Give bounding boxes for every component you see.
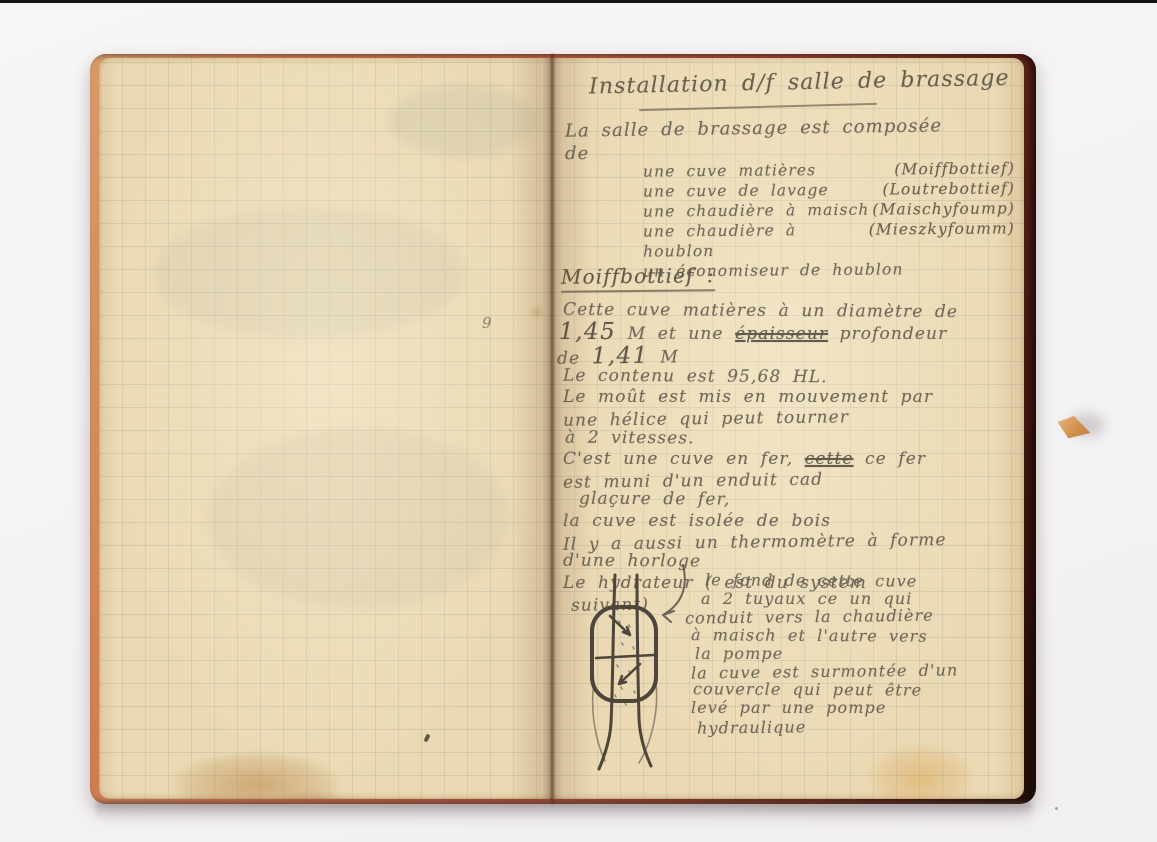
handwriting-line: Cette cuve matières à un diamètre de (563, 300, 1015, 323)
stain (851, 730, 991, 799)
equipment-list: une cuve matières(Moiffbottief)une cuve … (643, 160, 1015, 280)
page-title: Installation d/f salle de brassage (589, 66, 1019, 100)
equipment-item: une chaudière à houblon(Mieszkyfoumm) (643, 218, 1015, 261)
scanner-edge-strip (0, 0, 1157, 3)
stain (531, 304, 543, 320)
handwriting-line: Le contenu est 95,68 HL. (563, 365, 1015, 388)
title-underline (639, 103, 877, 111)
page-number: 9 (482, 314, 493, 332)
handwriting-line: à 2 vitesses. (565, 427, 1015, 450)
left-page: 9 (99, 58, 551, 799)
vessel-sketch (577, 561, 689, 779)
open-notebook: 9 Installation d/f salle de brassage La … (90, 54, 1036, 804)
ink-speck (423, 734, 430, 743)
handwriting-line: à maisch et l'autre vers (691, 626, 958, 646)
handwriting-line: Le moût est mis en mouvement par (563, 387, 1015, 408)
stain (161, 738, 411, 799)
dust-speck (1055, 807, 1058, 810)
handwriting-line: C'est une cuve en fer, cette ce fer (563, 449, 1015, 470)
handwriting-line: couvercle qui peut être (693, 680, 958, 700)
book-gutter (551, 54, 554, 804)
book-shadow (96, 802, 1032, 819)
handwriting-line: hydraulique (697, 716, 959, 737)
intro-line: de (565, 143, 589, 164)
handwriting-line: le fond de cette cuve (705, 571, 958, 591)
intro-line: La salle de brassage est composée (565, 115, 942, 141)
handwriting-line: glaçure de fer, (579, 489, 1015, 512)
ink-bleedthrough (154, 208, 464, 338)
handwriting-line: 1,45 M et une épaisseur profondeur (559, 322, 1015, 345)
right-page: Installation d/f salle de brassage La sa… (551, 58, 1024, 799)
handwriting-line: levé par une pompe (691, 699, 958, 717)
handwriting-line: la cuve est isolée de bois (563, 511, 1015, 532)
ink-bleedthrough (389, 86, 539, 156)
handwriting-sketch-notes: le fond de cette cuvea 2 tuyaux ce un qu… (691, 572, 958, 736)
section-heading: Moiffbottief : (561, 263, 715, 293)
ink-bleedthrough (209, 428, 509, 608)
